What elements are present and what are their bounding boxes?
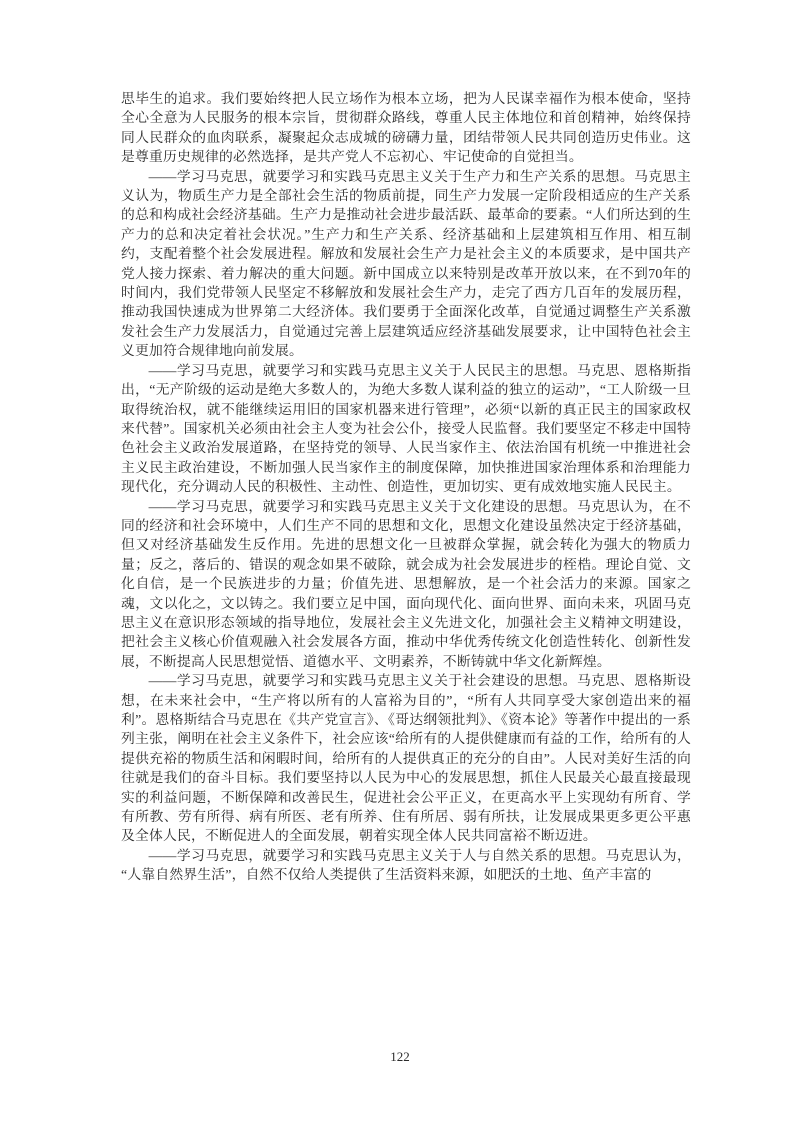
paragraph-cultural-construction: ——学习马克思，就要学习和实践马克思主义关于文化建设的思想。马克思认为，在不同的…	[121, 497, 691, 672]
paragraph-productive-forces: ——学习马克思，就要学习和实践马克思主义关于生产力和生产关系的思想。马克思主义认…	[121, 167, 691, 361]
paragraph-social-construction: ——学习马克思，就要学习和实践马克思主义关于社会建设的思想。马克思、恩格斯设想，…	[121, 671, 691, 846]
paragraph-peoples-democracy: ——学习马克思，就要学习和实践马克思主义关于人民民主的思想。马克思、恩格斯指出，…	[121, 361, 691, 497]
page-number: 122	[0, 1049, 800, 1065]
page-body-text: 思毕生的追求。我们要始终把人民立场作为根本立场，把为人民谋幸福作为根本使命，坚持…	[121, 89, 691, 885]
paragraph-continuation: 思毕生的追求。我们要始终把人民立场作为根本立场，把为人民谋幸福作为根本使命，坚持…	[121, 89, 691, 167]
document-page: 思毕生的追求。我们要始终把人民立场作为根本立场，把为人民谋幸福作为根本使命，坚持…	[0, 0, 800, 1133]
paragraph-man-and-nature: ——学习马克思，就要学习和实践马克思主义关于人与自然关系的思想。马克思认为，“人…	[121, 846, 691, 885]
